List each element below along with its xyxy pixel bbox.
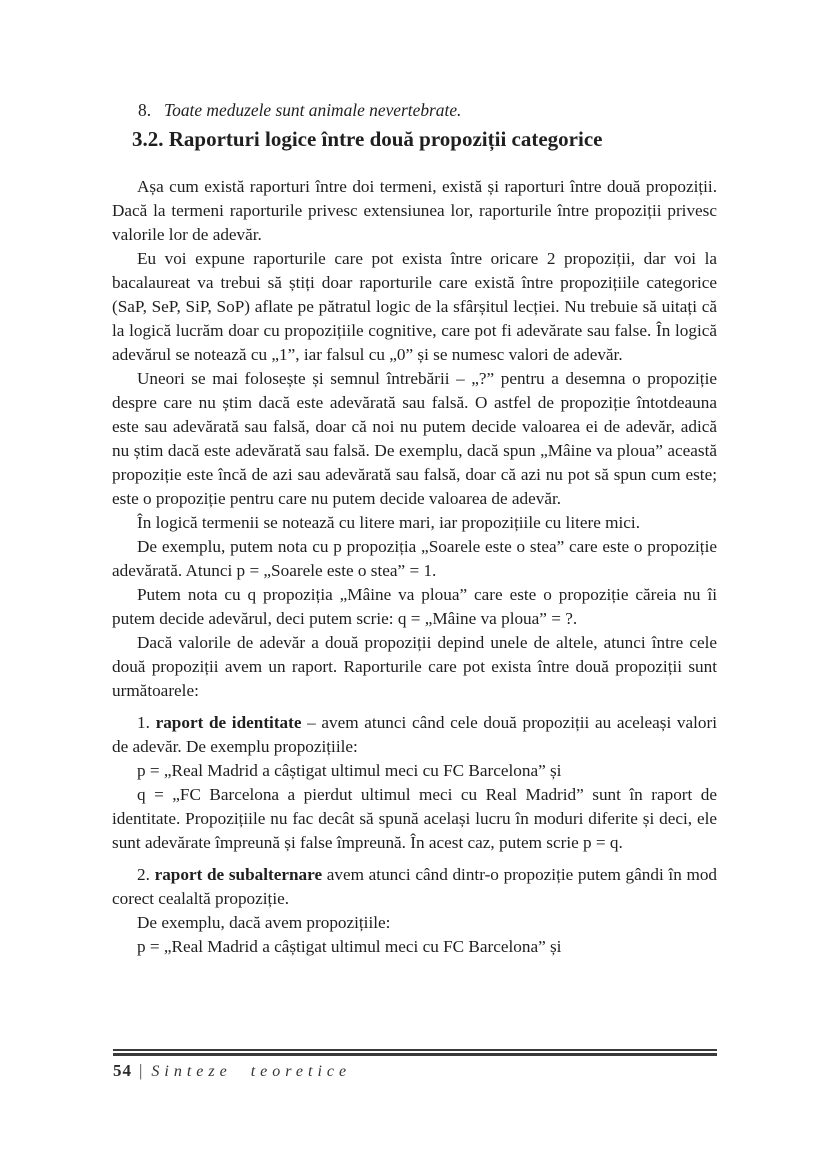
footer-separator: | (139, 1061, 142, 1080)
paragraph-notare: În logică termenii se notează cu litere … (112, 511, 717, 535)
list-item-raport-identitate: 1. raport de identitate – avem atunci câ… (112, 711, 717, 759)
list-item-identitate-term: raport de identitate (156, 713, 302, 732)
paragraph-expune: Eu voi expune raporturile care pot exist… (112, 247, 717, 367)
paragraph-exemplu-q: Putem nota cu q propoziția „Mâine va plo… (112, 583, 717, 631)
page-footer: 54|Sinteze teoretice (113, 1049, 717, 1081)
example-subalternare-intro-line: De exemplu, dacă avem propozițiile: (112, 911, 717, 935)
exercise-item-number: 8. (138, 100, 151, 120)
footer-rule-thick (113, 1053, 717, 1056)
document-page: 8.Toate meduzele sunt animale nevertebra… (0, 0, 828, 1151)
exercise-item-text: Toate meduzele sunt animale nevertebrate… (164, 100, 461, 120)
paragraph-exemplu-p: De exemplu, putem nota cu p propoziția „… (112, 535, 717, 583)
exercise-item-8: 8.Toate meduzele sunt animale nevertebra… (138, 98, 717, 122)
paragraph-semnul-intrebarii: Uneori se mai folosește și semnul întreb… (112, 367, 717, 511)
paragraph-intro: Așa cum există raporturi între doi terme… (112, 175, 717, 247)
footer-rule-thin (113, 1049, 717, 1051)
footer-line: 54|Sinteze teoretice (113, 1061, 717, 1081)
section-heading: 3.2. Raporturi logice între două propozi… (132, 125, 717, 154)
paragraph-raporturi: Dacă valorile de adevăr a două propoziți… (112, 631, 717, 703)
example-subalternare-p-line: p = „Real Madrid a câștigat ultimul meci… (112, 935, 717, 959)
example-identitate-p-line: p = „Real Madrid a câștigat ultimul meci… (112, 759, 717, 783)
page-content: 8.Toate meduzele sunt animale nevertebra… (112, 98, 717, 959)
list-item-identitate-number: 1. (137, 713, 156, 732)
example-identitate-q-paragraph: q = „FC Barcelona a pierdut ultimul meci… (112, 783, 717, 855)
list-item-subalternare-number: 2. (137, 865, 155, 884)
list-item-subalternare-term: raport de subalternare (155, 865, 323, 884)
page-number: 54 (113, 1061, 132, 1080)
footer-section-title: Sinteze teoretice (151, 1063, 351, 1080)
list-item-raport-subalternare: 2. raport de subalternare avem atunci câ… (112, 863, 717, 911)
